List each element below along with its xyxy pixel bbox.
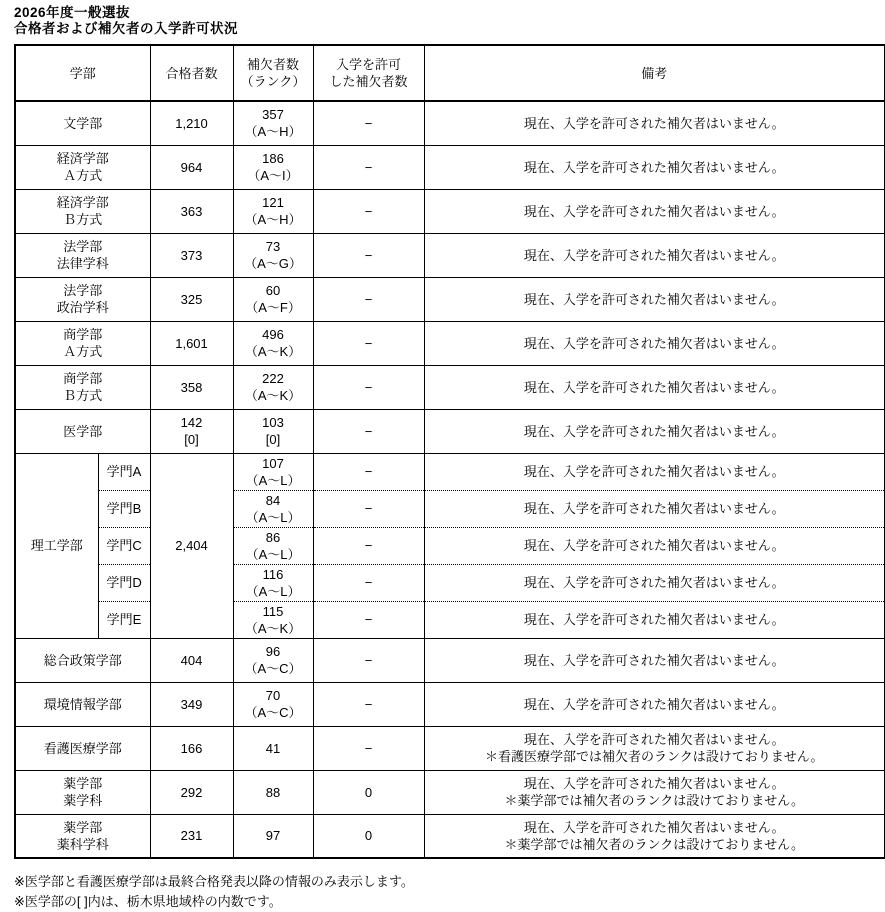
page: 2026年度一般選抜 合格者および補欠者の入学許可状況 学部 合格者数 補欠者数… [0,0,885,912]
admitted-count-cell: − [313,365,424,409]
remarks-cell: 現在、入学を許可された補欠者はいません。 [424,490,885,527]
table-row: 文学部 1,210 357 （A～H） − 現在、入学を許可された補欠者はいませ… [15,101,885,145]
table-row: 薬学部 薬科学科 231 97 0 現在、入学を許可された補欠者はいません。 ＊… [15,814,885,858]
waitlist-count-cell: 96 （A～C） [233,638,313,682]
remarks-cell: 現在、入学を許可された補欠者はいません。 ＊薬学部では補欠者のランクは設けており… [424,814,885,858]
passed-count-cell: 142 [0] [150,409,233,453]
passed-count-cell: 2,404 [150,453,233,638]
remarks-cell: 現在、入学を許可された補欠者はいません。 [424,101,885,145]
remarks-cell: 現在、入学を許可された補欠者はいません。 ＊看護医療学部では補欠者のランクは設け… [424,726,885,770]
column-header-faculty: 学部 [15,45,150,101]
faculty-cell: 法学部 政治学科 [15,277,150,321]
admitted-count-cell: − [313,453,424,490]
remarks-cell: 現在、入学を許可された補欠者はいません。 [424,601,885,638]
table-row: 学門E 115 （A～K） − 現在、入学を許可された補欠者はいません。 [15,601,885,638]
faculty-cell: 医学部 [15,409,150,453]
table-row: 法学部 政治学科 325 60 （A～F） − 現在、入学を許可された補欠者はい… [15,277,885,321]
admitted-count-cell: − [313,726,424,770]
table-row: 医学部 142 [0] 103 [0] − 現在、入学を許可された補欠者はいませ… [15,409,885,453]
passed-count-cell: 1,601 [150,321,233,365]
table-row: 学門C 86 （A～L） − 現在、入学を許可された補欠者はいません。 [15,527,885,564]
faculty-cell: 総合政策学部 [15,638,150,682]
page-subtitle: 合格者および補欠者の入学許可状況 [14,21,885,37]
faculty-cell: 薬学部 薬科学科 [15,814,150,858]
passed-count-cell: 404 [150,638,233,682]
column-header-remarks: 備考 [424,45,885,101]
faculty-cell: 環境情報学部 [15,682,150,726]
waitlist-count-cell: 107 （A～L） [233,453,313,490]
remarks-cell: 現在、入学を許可された補欠者はいません。 [424,145,885,189]
remarks-cell: 現在、入学を許可された補欠者はいません。 [424,365,885,409]
table-row: 学門B 84 （A～L） − 現在、入学を許可された補欠者はいません。 [15,490,885,527]
passed-count-cell: 325 [150,277,233,321]
table-row: 経済学部 Ｂ方式 363 121 （A～H） − 現在、入学を許可された補欠者は… [15,189,885,233]
remarks-cell: 現在、入学を許可された補欠者はいません。 [424,527,885,564]
passed-count-cell: 358 [150,365,233,409]
footnote-medical-nursing: ※医学部と看護医療学部は最終合格発表以降の情報のみ表示します。 [14,872,885,892]
passed-count-cell: 231 [150,814,233,858]
table-row: 商学部 Ｂ方式 358 222 （A～K） − 現在、入学を許可された補欠者はい… [15,365,885,409]
faculty-cell: 経済学部 Ａ方式 [15,145,150,189]
admitted-count-cell: − [313,409,424,453]
waitlist-count-cell: 115 （A～K） [233,601,313,638]
passed-count-cell: 363 [150,189,233,233]
admission-status-table: 学部 合格者数 補欠者数 （ランク） 入学を許可 した補欠者数 備考 文学部 1… [14,44,885,859]
table-row: 法学部 法律学科 373 73 （A～G） − 現在、入学を許可された補欠者はい… [15,233,885,277]
waitlist-count-cell: 186 （A～I） [233,145,313,189]
waitlist-count-cell: 73 （A～G） [233,233,313,277]
passed-count-cell: 964 [150,145,233,189]
faculty-cell: 看護医療学部 [15,726,150,770]
remarks-cell: 現在、入学を許可された補欠者はいません。 [424,564,885,601]
remarks-cell: 現在、入学を許可された補欠者はいません。 [424,277,885,321]
remarks-cell: 現在、入学を許可された補欠者はいません。 [424,453,885,490]
passed-count-cell: 292 [150,770,233,814]
page-title: 2026年度一般選抜 [14,5,885,21]
waitlist-count-cell: 496 （A～K） [233,321,313,365]
admitted-count-cell: − [313,277,424,321]
table-row: 環境情報学部 349 70 （A～C） − 現在、入学を許可された補欠者はいませ… [15,682,885,726]
sub-faculty-cell: 学門B [98,490,150,527]
table-row: 総合政策学部 404 96 （A～C） − 現在、入学を許可された補欠者はいませ… [15,638,885,682]
column-header-passed: 合格者数 [150,45,233,101]
waitlist-count-cell: 70 （A～C） [233,682,313,726]
remarks-cell: 現在、入学を許可された補欠者はいません。 [424,321,885,365]
admitted-count-cell: − [313,564,424,601]
admitted-count-cell: − [313,321,424,365]
footnote-brackets: ※医学部の[ ]内は、栃木県地域枠の内数です。 [14,892,885,912]
admitted-count-cell: − [313,101,424,145]
waitlist-count-cell: 86 （A～L） [233,527,313,564]
waitlist-count-cell: 103 [0] [233,409,313,453]
waitlist-count-cell: 84 （A～L） [233,490,313,527]
remarks-cell: 現在、入学を許可された補欠者はいません。 [424,409,885,453]
faculty-cell: 経済学部 Ｂ方式 [15,189,150,233]
admitted-count-cell: − [313,638,424,682]
waitlist-count-cell: 88 [233,770,313,814]
admitted-count-cell: − [313,490,424,527]
faculty-cell: 文学部 [15,101,150,145]
waitlist-count-cell: 116 （A～L） [233,564,313,601]
waitlist-count-cell: 121 （A～H） [233,189,313,233]
faculty-cell: 商学部 Ａ方式 [15,321,150,365]
faculty-cell: 法学部 法律学科 [15,233,150,277]
table-row: 経済学部 Ａ方式 964 186 （A～I） − 現在、入学を許可された補欠者は… [15,145,885,189]
remarks-cell: 現在、入学を許可された補欠者はいません。 [424,233,885,277]
sub-faculty-cell: 学門D [98,564,150,601]
remarks-cell: 現在、入学を許可された補欠者はいません。 [424,682,885,726]
column-header-waitlist: 補欠者数 （ランク） [233,45,313,101]
admitted-count-cell: − [313,145,424,189]
sub-faculty-cell: 学門C [98,527,150,564]
passed-count-cell: 1,210 [150,101,233,145]
waitlist-count-cell: 60 （A～F） [233,277,313,321]
footnotes: ※医学部と看護医療学部は最終合格発表以降の情報のみ表示します。 ※医学部の[ ]… [14,872,885,912]
waitlist-count-cell: 97 [233,814,313,858]
sub-faculty-cell: 学門E [98,601,150,638]
admitted-count-cell: − [313,233,424,277]
passed-count-cell: 166 [150,726,233,770]
admitted-count-cell: − [313,601,424,638]
table-row: 学門D 116 （A～L） − 現在、入学を許可された補欠者はいません。 [15,564,885,601]
waitlist-count-cell: 357 （A～H） [233,101,313,145]
passed-count-cell: 349 [150,682,233,726]
remarks-cell: 現在、入学を許可された補欠者はいません。 [424,189,885,233]
admitted-count-cell: − [313,189,424,233]
faculty-cell: 商学部 Ｂ方式 [15,365,150,409]
waitlist-count-cell: 41 [233,726,313,770]
table-row: 商学部 Ａ方式 1,601 496 （A～K） − 現在、入学を許可された補欠者… [15,321,885,365]
table-row: 薬学部 薬学科 292 88 0 現在、入学を許可された補欠者はいません。 ＊薬… [15,770,885,814]
passed-count-cell: 373 [150,233,233,277]
table-row: 看護医療学部 166 41 − 現在、入学を許可された補欠者はいません。 ＊看護… [15,726,885,770]
faculty-cell: 理工学部 [15,453,98,638]
waitlist-count-cell: 222 （A～K） [233,365,313,409]
admitted-count-cell: − [313,682,424,726]
admitted-count-cell: 0 [313,814,424,858]
header-row: 学部 合格者数 補欠者数 （ランク） 入学を許可 した補欠者数 備考 [15,45,885,101]
admitted-count-cell: − [313,527,424,564]
column-header-admitted: 入学を許可 した補欠者数 [313,45,424,101]
faculty-cell: 薬学部 薬学科 [15,770,150,814]
admitted-count-cell: 0 [313,770,424,814]
table-row: 理工学部 学門A 2,404 107 （A～L） − 現在、入学を許可された補欠… [15,453,885,490]
remarks-cell: 現在、入学を許可された補欠者はいません。 [424,638,885,682]
remarks-cell: 現在、入学を許可された補欠者はいません。 ＊薬学部では補欠者のランクは設けており… [424,770,885,814]
sub-faculty-cell: 学門A [98,453,150,490]
